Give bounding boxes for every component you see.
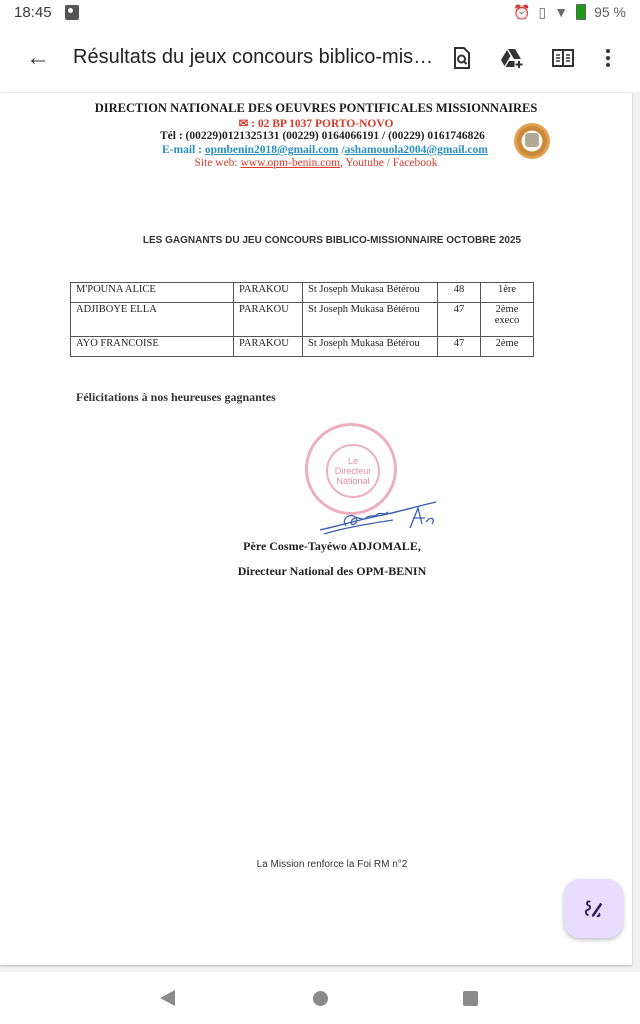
winner-parish: St Joseph Mukasa Bétérou — [303, 303, 438, 337]
find-in-document-icon[interactable] — [449, 46, 473, 70]
header-email: E-mail : opmbenin2018@gmail.com /ashamou… — [162, 144, 500, 156]
notification-icon — [65, 5, 79, 20]
email-link-2[interactable]: ashamouola2004@gmail.com — [345, 144, 488, 156]
page-footer: La Mission renforce la Foi RM n°2 — [0, 859, 640, 870]
table-row: M'POUNA ALICEPARAKOUSt Joseph Mukasa Bét… — [71, 283, 534, 303]
email-link-1[interactable]: opmbenin2018@gmail.com — [205, 144, 339, 156]
battery-charging-icon — [576, 4, 586, 20]
winner-score: 47 — [438, 337, 481, 357]
table-row: ADJIBOYE ELLAPARAKOUSt Joseph Mukasa Bét… — [71, 303, 534, 337]
winner-rank: 2ème — [481, 337, 534, 357]
winner-name: ADJIBOYE ELLA — [71, 303, 234, 337]
winner-city: PARAKOU — [234, 303, 303, 337]
winner-score: 48 — [438, 283, 481, 303]
header-organization: DIRECTION NATIONALE DES OEUVRES PONTIFIC… — [0, 101, 632, 116]
header-website: Site web: www.opm-benin.com, Youtube / F… — [0, 157, 632, 169]
signatory-title: Directeur National des OPM-BENIN — [0, 564, 640, 579]
status-time: 18:45 — [14, 4, 52, 21]
reader-mode-icon[interactable] — [551, 46, 575, 70]
more-vert-icon[interactable] — [596, 46, 620, 70]
app-bar: ← Résultats du jeux concours biblico-mis… — [0, 28, 640, 92]
winner-city: PARAKOU — [234, 283, 303, 303]
pdf-page: DIRECTION NATIONALE DES OEUVRES PONTIFIC… — [0, 93, 632, 965]
alarm-icon: ⏰ — [513, 4, 530, 20]
status-icons: ⏰ ▯ ▼ 95 % — [513, 4, 626, 20]
results-title: LES GAGNANTS DU JEU CONCOURS BIBLICO-MIS… — [0, 235, 640, 246]
document-title: Résultats du jeux concours biblico-missi… — [73, 46, 438, 69]
battery-percent: 95 % — [594, 4, 626, 20]
drive-add-icon[interactable] — [500, 46, 524, 70]
website-link[interactable]: www.opm-benin.com — [241, 157, 341, 169]
winners-table: M'POUNA ALICEPARAKOUSt Joseph Mukasa Bét… — [70, 282, 534, 357]
winner-city: PARAKOU — [234, 337, 303, 357]
pdf-viewer[interactable]: DIRECTION NATIONALE DES OEUVRES PONTIFIC… — [0, 92, 640, 972]
back-arrow-icon[interactable]: ← — [26, 46, 50, 70]
annotate-pen-icon — [583, 898, 605, 920]
winner-rank: 2ème execo — [481, 303, 534, 337]
nav-home-icon[interactable] — [313, 991, 328, 1006]
table-row: AYO FRANCOISEPARAKOUSt Joseph Mukasa Bét… — [71, 337, 534, 357]
winner-rank: 1ère — [481, 283, 534, 303]
winner-parish: St Joseph Mukasa Bétérou — [303, 283, 438, 303]
signatory-name: Père Cosme-Tayéwo ADJOMALE, — [0, 539, 640, 554]
system-nav-bar — [0, 972, 640, 1024]
vibrate-icon: ▯ — [539, 4, 547, 20]
nav-back-icon[interactable] — [160, 990, 175, 1006]
opm-logo — [514, 123, 550, 159]
wifi-icon: ▼ — [554, 4, 568, 20]
nav-recents-icon[interactable] — [463, 991, 478, 1006]
winner-name: M'POUNA ALICE — [71, 283, 234, 303]
winner-score: 47 — [438, 303, 481, 337]
congratulations-text: Félicitations à nos heureuses gagnantes — [76, 390, 276, 405]
winner-name: AYO FRANCOISE — [71, 337, 234, 357]
winner-parish: St Joseph Mukasa Bétérou — [303, 337, 438, 357]
annotate-button[interactable] — [564, 879, 623, 938]
header-phone: Tél : (00229)0121325131 (00229) 01640661… — [160, 130, 500, 142]
signature — [318, 498, 438, 538]
status-bar: 18:45 ⏰ ▯ ▼ 95 % — [0, 0, 640, 28]
